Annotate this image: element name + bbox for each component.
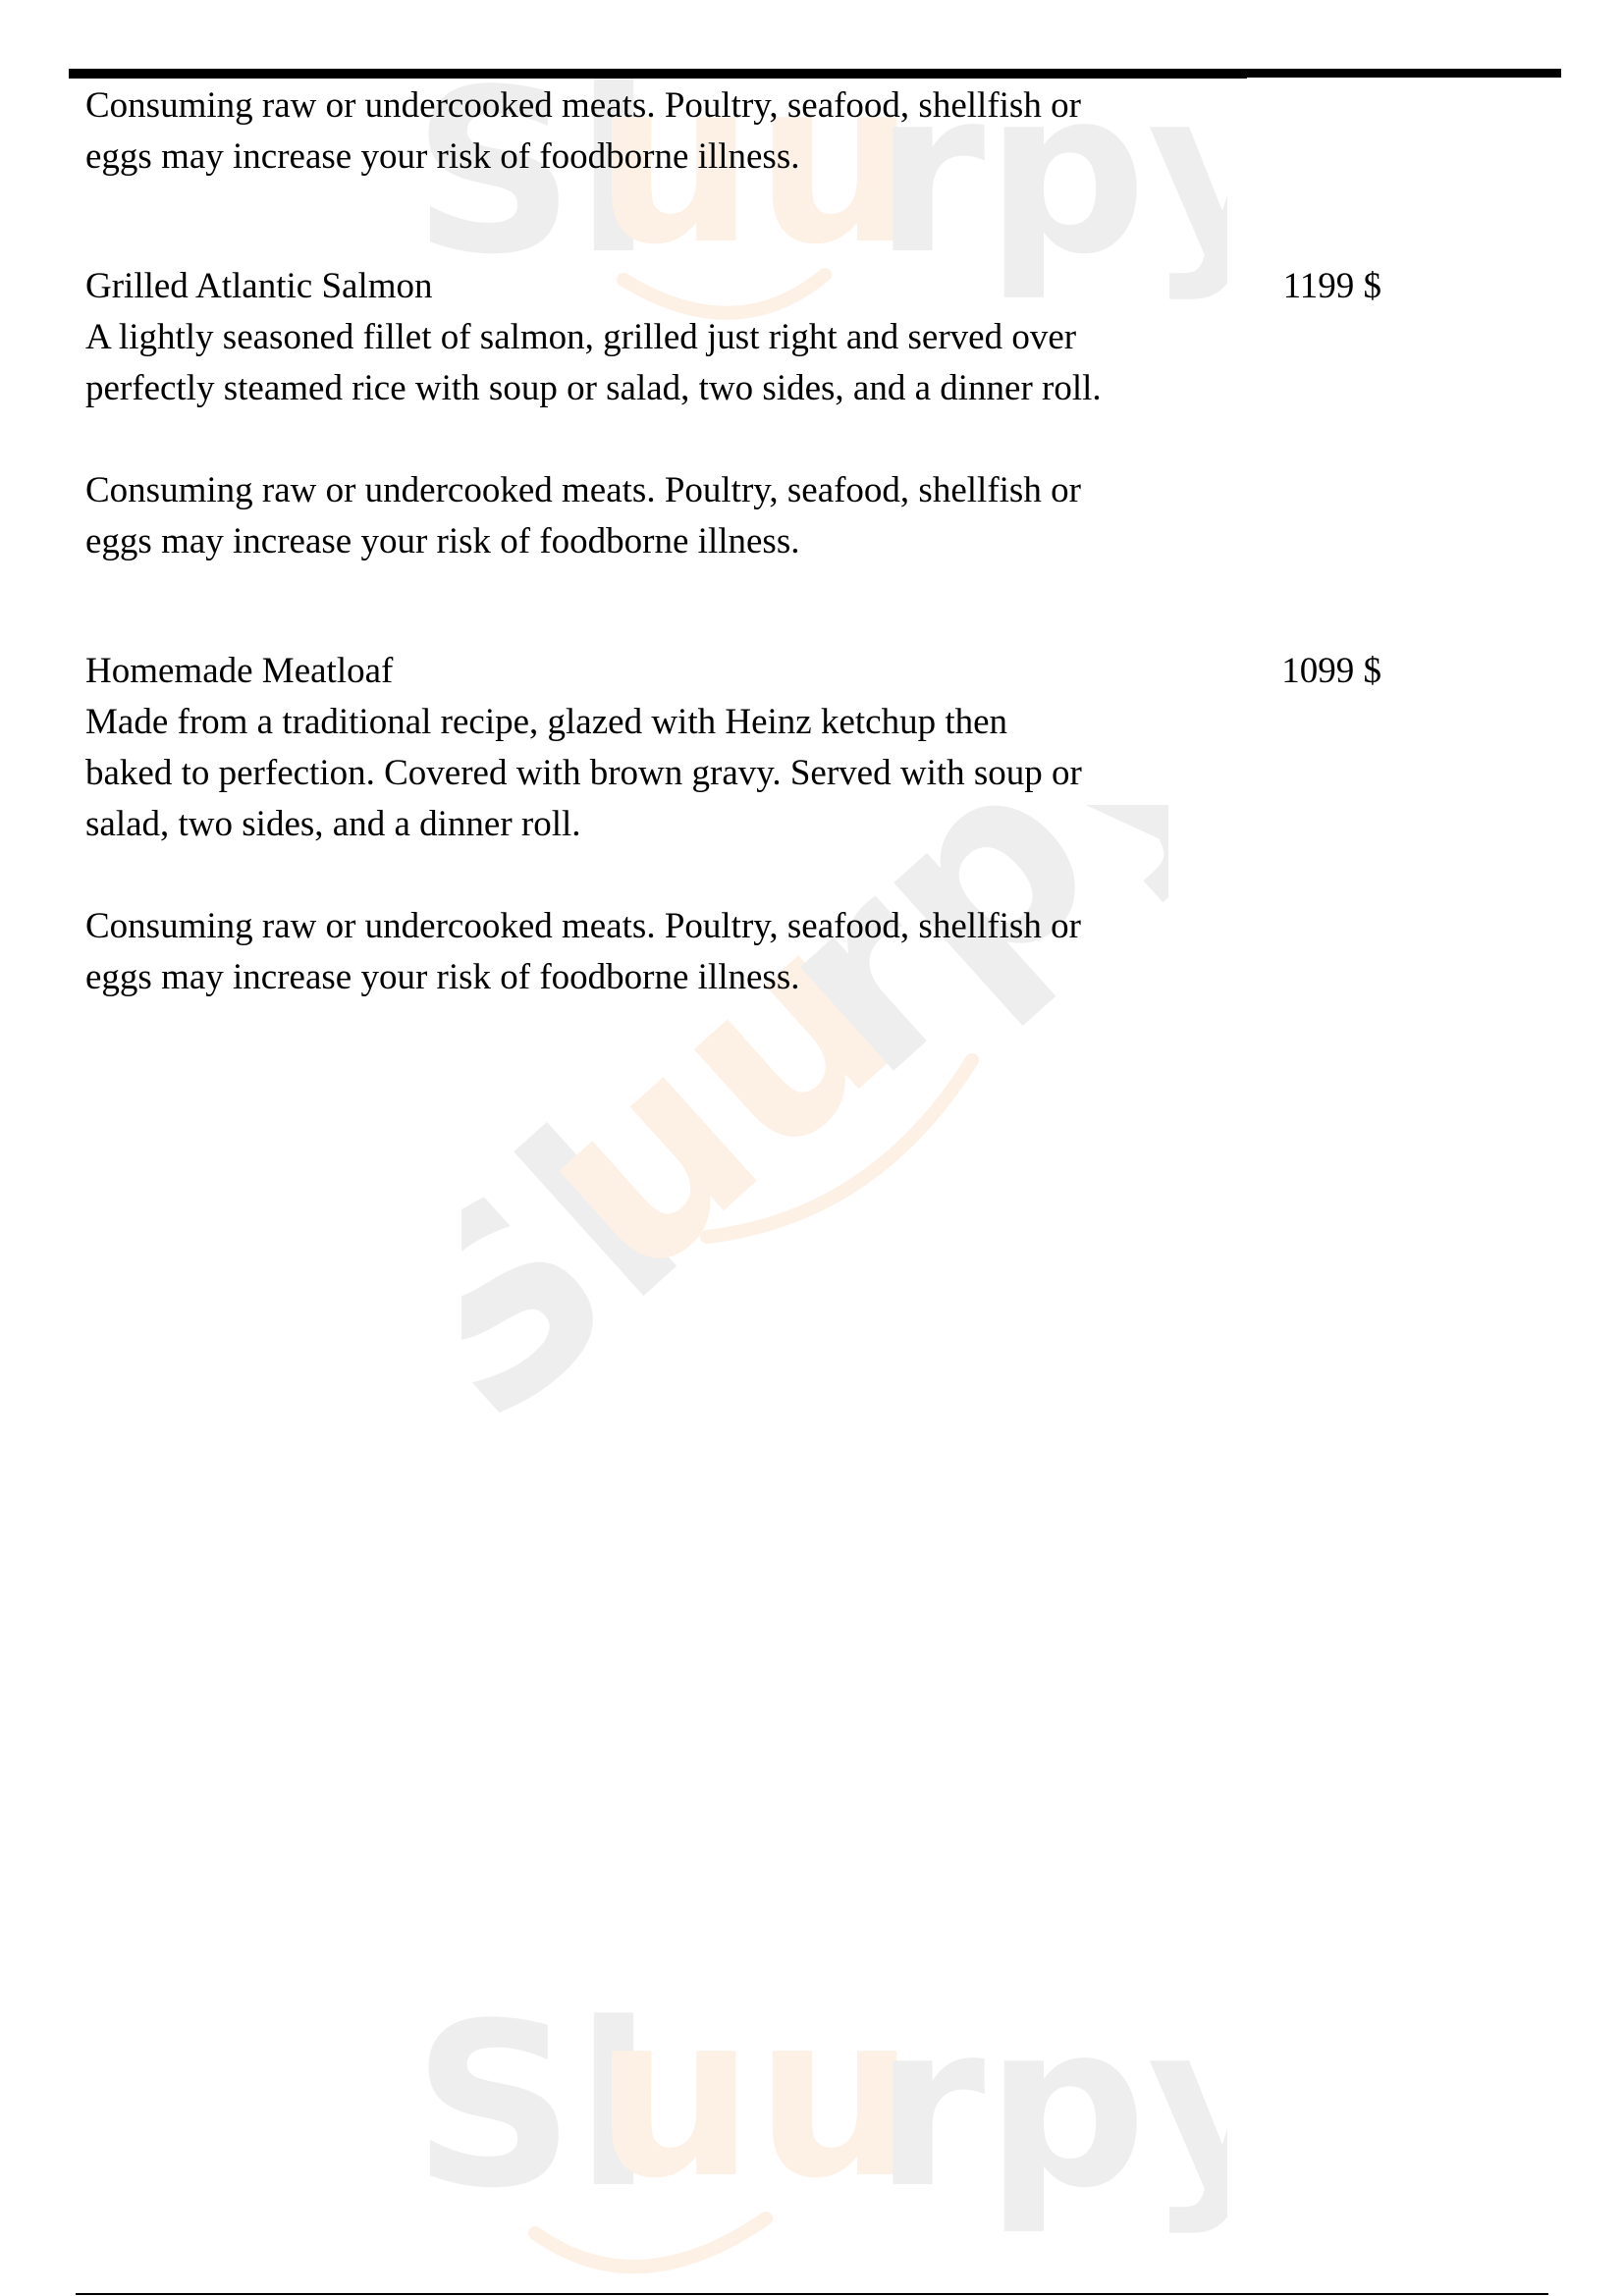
- item-description: A lightly seasoned fillet of salmon, gri…: [85, 312, 1244, 414]
- notice-line: Consuming raw or undercooked meats. Poul…: [85, 465, 1244, 516]
- item-allergy-notice: Consuming raw or undercooked meats. Poul…: [85, 901, 1244, 1003]
- menu-content: Consuming raw or undercooked meats. Poul…: [85, 80, 1558, 1003]
- top-rule-underline: [69, 77, 1247, 79]
- item-price: 1199 $: [1283, 261, 1381, 312]
- menu-item-homemade-meatloaf: Homemade Meatloaf 1099 $ Made from a tra…: [85, 646, 1558, 1003]
- svg-text:Sl: Sl: [461, 1077, 733, 1478]
- item-allergy-notice: Consuming raw or undercooked meats. Poul…: [85, 465, 1244, 567]
- intro-allergy-notice: Consuming raw or undercooked meats. Poul…: [85, 80, 1244, 183]
- description-line: baked to perfection. Covered with brown …: [85, 748, 1244, 799]
- notice-line: eggs may increase your risk of foodborne…: [85, 516, 1244, 567]
- notice-line: Consuming raw or undercooked meats. Poul…: [85, 80, 1244, 132]
- notice-line: Consuming raw or undercooked meats. Poul…: [85, 901, 1244, 952]
- notice-line: eggs may increase your risk of foodborne…: [85, 132, 1244, 183]
- description-line: A lightly seasoned fillet of salmon, gri…: [85, 312, 1244, 363]
- item-description: Made from a traditional recipe, glazed w…: [85, 697, 1244, 850]
- description-line: salad, two sides, and a dinner roll.: [85, 799, 1244, 850]
- notice-line: eggs may increase your risk of foodborne…: [85, 952, 1244, 1003]
- svg-text:Sl: Sl: [412, 1976, 653, 2238]
- svg-text:rpy: rpy: [874, 1976, 1227, 2238]
- item-price: 1099 $: [1281, 646, 1381, 697]
- bottom-rule: [76, 2293, 1548, 2295]
- menu-item-grilled-atlantic-salmon: Grilled Atlantic Salmon 1199 $ A lightly…: [85, 261, 1558, 567]
- description-line: Made from a traditional recipe, glazed w…: [85, 697, 1244, 748]
- svg-text:uu: uu: [594, 1966, 915, 2228]
- description-line: perfectly steamed rice with soup or sala…: [85, 363, 1244, 414]
- watermark-logo-bottom: Sl uu rpy: [412, 1963, 1227, 2287]
